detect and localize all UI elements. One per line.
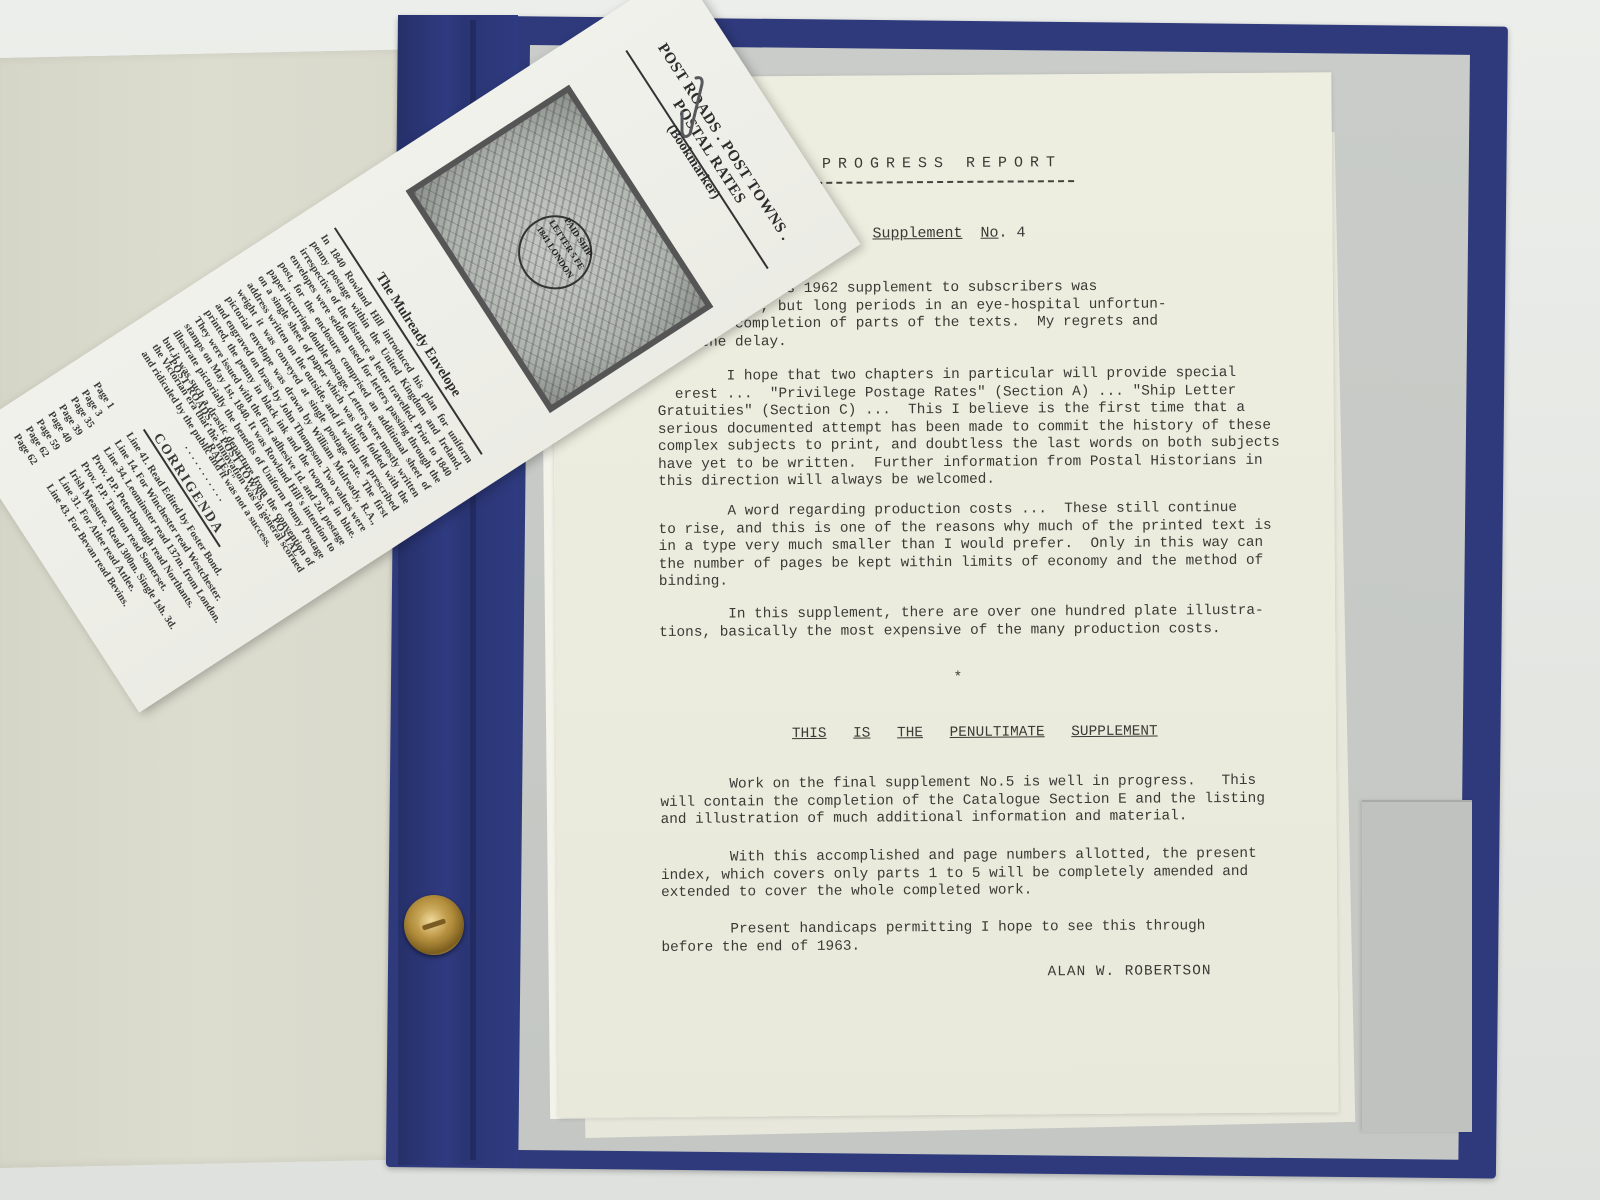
heading-word: THIS <box>792 726 827 742</box>
heading-word: THE <box>897 725 923 741</box>
paragraph-final-supplement: Work on the final supplement No.5 is wel… <box>660 773 1270 830</box>
paragraph-illustrations: In this supplement, there are over one h… <box>659 603 1269 642</box>
penultimate-heading: THIS IS THE PENULTIMATE SUPPLEMENT <box>792 723 1166 743</box>
heading-word: SUPPLEMENT <box>1071 724 1157 741</box>
subtitle-word: Supplement <box>872 225 962 243</box>
report-title: PROGRESS REPORT <box>822 154 1062 173</box>
subtitle-number: . 4 <box>998 224 1025 241</box>
report-subtitle: Supplement No. 4 <box>872 224 1025 243</box>
heading-word: IS <box>853 726 870 742</box>
heading-word: PENULTIMATE <box>950 724 1045 741</box>
postmark-stamp: PAID SHIP LETTER 5 FE 1841 LONDON <box>504 201 606 303</box>
paragraph-index: With this accomplished and page numbers … <box>661 846 1271 903</box>
section-separator: * <box>954 670 963 688</box>
signature: ALAN W. ROBERTSON <box>1048 963 1212 982</box>
paragraph-chapters: I hope that two chapters in particular w… <box>657 365 1268 492</box>
paper-clip-icon <box>676 72 706 142</box>
inner-pocket-flap <box>1362 800 1472 1132</box>
subtitle-no: No <box>980 225 998 242</box>
paragraph-costs: A word regarding production costs ... Th… <box>658 500 1269 592</box>
paragraph-handicaps: Present handicaps permitting I hope to s… <box>661 918 1271 957</box>
title-underline <box>806 180 1074 184</box>
